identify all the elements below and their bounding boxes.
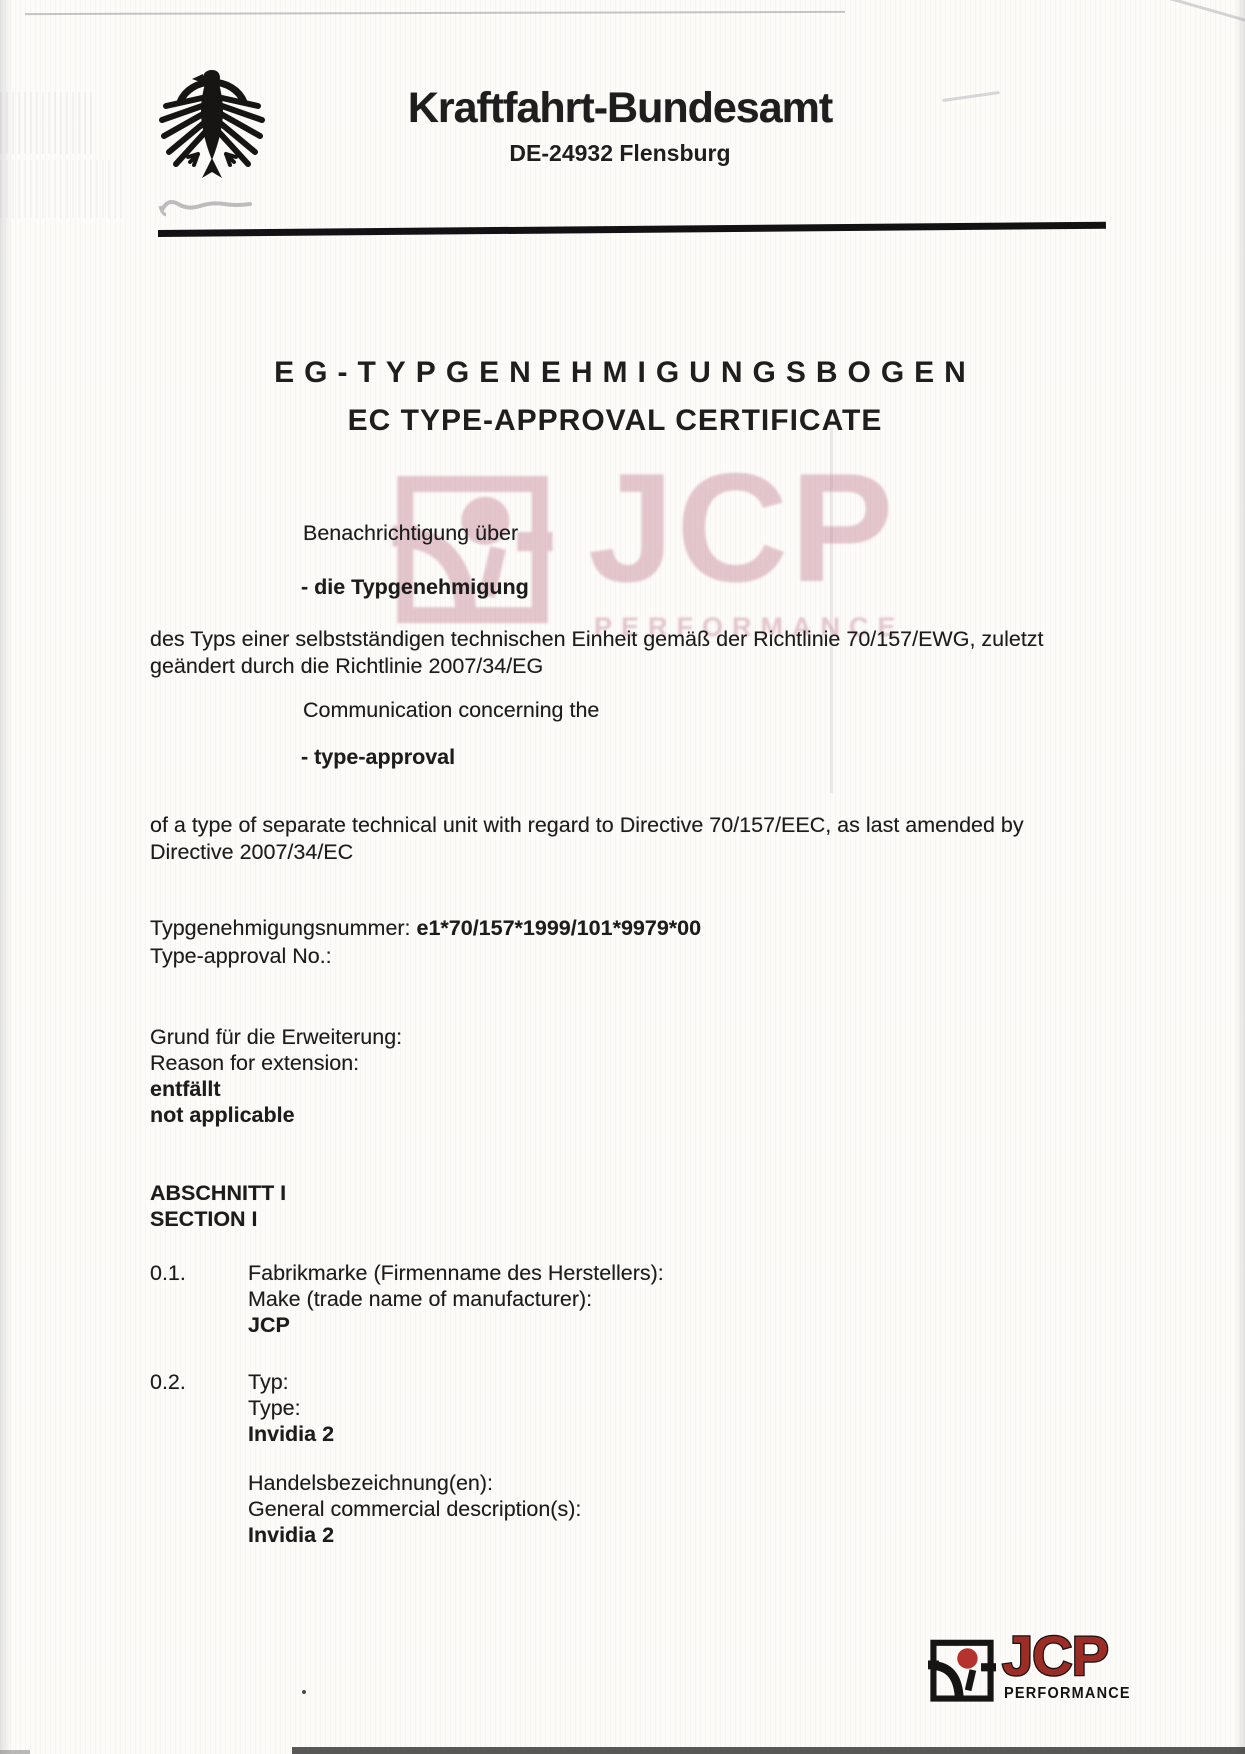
- jcp-performance-logo: JCP PERFORMANCE: [928, 1634, 1168, 1709]
- certificate-title-en: EC TYPE-APPROVAL CERTIFICATE: [8, 404, 1222, 438]
- notification-body-de: des Typs einer selbstständigen technisch…: [150, 626, 1044, 680]
- approval-number-line: Typgenehmigungsnummer: e1*70/157*1999/10…: [150, 915, 701, 942]
- item-01-label-de: Fabrikmarke (Firmenname des Herstellers)…: [248, 1260, 664, 1286]
- extension-label-de: Grund für die Erweiterung:: [150, 1024, 402, 1050]
- notification-body-en-line1: of a type of separate technical unit wit…: [150, 812, 1024, 839]
- notification-intro-en: Communication concerning the: [303, 697, 599, 724]
- extension-label-en: Reason for extension:: [150, 1050, 402, 1076]
- item-02-label-en: Type:: [248, 1395, 334, 1421]
- notification-intro-de: Benachrichtigung über: [303, 520, 518, 547]
- notification-subject-de: - die Typgenehmigung: [301, 574, 529, 601]
- item-02-number: 0.2.: [150, 1369, 186, 1396]
- scan-artifact-corner-line: [1140, 0, 1245, 22]
- federal-eagle-icon: [156, 62, 268, 188]
- section-heading-de: ABSCHNITT I: [150, 1180, 286, 1206]
- scan-edge-shadow-left: [0, 0, 12, 1754]
- agency-header: Kraftfahrt-Bundesamt DE-24932 Flensburg: [330, 84, 910, 167]
- item-02-label-de: Typ:: [248, 1369, 334, 1395]
- scan-artifact-scribble: [158, 194, 258, 220]
- approval-number-label-en: Type-approval No.:: [150, 943, 332, 970]
- item-02-trade-label-en: General commercial description(s):: [248, 1496, 581, 1522]
- scanned-certificate-page: Kraftfahrt-Bundesamt DE-24932 Flensburg …: [0, 0, 1245, 1754]
- notification-subject-en: - type-approval: [301, 744, 455, 771]
- agency-name: Kraftfahrt-Bundesamt: [330, 84, 910, 133]
- item-01-number: 0.1.: [150, 1260, 186, 1287]
- footer-logo-subtext: PERFORMANCE: [1004, 1686, 1131, 1703]
- scan-artifact-bottom-edge: [292, 1747, 1245, 1754]
- extension-value-de: entfällt: [150, 1076, 402, 1102]
- item-01-block: Fabrikmarke (Firmenname des Herstellers)…: [248, 1260, 664, 1338]
- item-01-label-en: Make (trade name of manufacturer):: [248, 1286, 664, 1312]
- notification-body-de-line2: geändert durch die Richtlinie 2007/34/EG: [150, 653, 1044, 680]
- section-heading: ABSCHNITT I SECTION I: [150, 1180, 286, 1232]
- section-heading-en: SECTION I: [150, 1206, 286, 1232]
- header-rule: [158, 222, 1106, 237]
- scan-artifact-halftone: [0, 92, 95, 154]
- item-02-trade-value: Invidia 2: [248, 1522, 581, 1548]
- item-02-block: Typ: Type: Invidia 2: [248, 1369, 334, 1447]
- watermark-text: JCP: [588, 450, 896, 605]
- scan-artifact-halftone: [0, 160, 125, 218]
- scan-artifact-top-line: [25, 11, 845, 15]
- item-02-value: Invidia 2: [248, 1421, 334, 1447]
- item-01-value: JCP: [248, 1312, 664, 1338]
- item-02-trade-label-de: Handelsbezeichnung(en):: [248, 1470, 581, 1496]
- jcp-figure-logo-icon: [380, 468, 565, 628]
- extension-reason-block: Grund für die Erweiterung: Reason for ex…: [150, 1024, 402, 1128]
- scan-artifact-pencil-mark: [942, 91, 1000, 102]
- notification-body-en-line2: Directive 2007/34/EC: [150, 839, 1024, 866]
- notification-body-de-line1: des Typs einer selbstständigen technisch…: [150, 626, 1044, 653]
- scan-artifact-dot: [302, 1690, 306, 1694]
- scan-artifact-bottom-edge: [0, 1750, 30, 1754]
- approval-number-label-de: Typgenehmigungsnummer:: [150, 916, 411, 940]
- scan-edge-shadow-right: [1235, 0, 1245, 1754]
- approval-number-value: e1*70/157*1999/101*9979*00: [417, 916, 702, 940]
- notification-body-en: of a type of separate technical unit wit…: [150, 812, 1024, 866]
- agency-location: DE-24932 Flensburg: [330, 140, 910, 167]
- extension-value-en: not applicable: [150, 1102, 402, 1128]
- item-02-trade-block: Handelsbezeichnung(en): General commerci…: [248, 1470, 581, 1548]
- footer-logo-text: JCP: [1002, 1628, 1108, 1684]
- jcp-figure-logo-icon: [928, 1636, 996, 1704]
- certificate-title-de: EG-TYPGENEHMIGUNGSBOGEN: [8, 356, 1232, 390]
